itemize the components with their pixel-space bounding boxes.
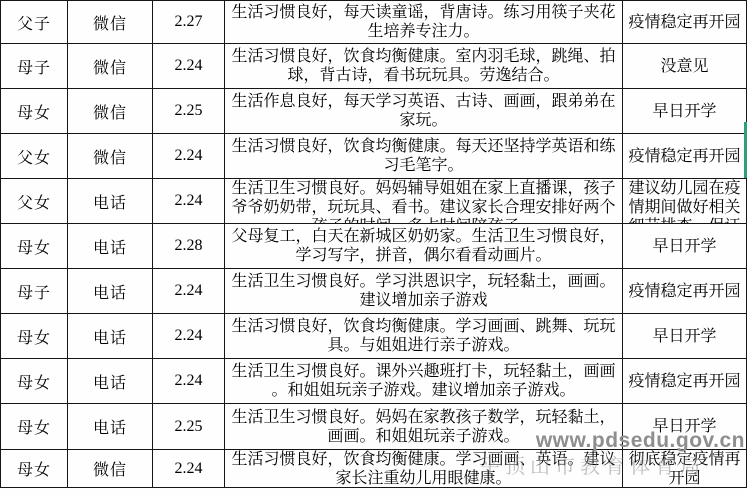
cell-opinion: 早日开学 [623,314,747,359]
cell-opinion: 早日开学 [623,404,747,450]
cell-relation: 母子 [1,269,68,314]
parent-contact-table: 父子 微信 2.27 生活习惯良好，每天读童谣，背唐诗。练习用筷子夹花生培养专注… [0,0,747,488]
cell-date: 2.24 [153,314,225,359]
cell-opinion: 疫情稳定再开园 [623,134,747,179]
cell-description: 生活习惯良好，饮食均衡健康。学习画画、跳舞、玩玩具。与姐姐进行亲子游戏。 [225,314,623,359]
cell-date: 2.25 [153,404,225,450]
cell-description: 生活卫生习惯良好。课外兴趣班打卡，玩轻黏土，画画。和姐姐玩亲子游戏。建议增加亲子… [225,359,623,404]
cell-description: 生活习惯良好，饮食均衡健康。室内羽毛球，跳绳、拍球，背古诗，看书玩玩具。劳逸结合… [225,44,623,89]
cell-contact-method: 电话 [68,269,153,314]
cell-date: 2.28 [153,224,225,269]
cell-description: 生活卫生习惯良好。学习洪恩识字，玩轻黏土，画画。建议增加亲子游戏 [225,269,623,314]
cell-contact-method: 电话 [68,314,153,359]
cell-opinion: 彻底稳定疫情再开园 [623,450,747,488]
cell-date: 2.24 [153,44,225,89]
cell-relation: 父子 [1,1,68,44]
cell-date: 2.27 [153,1,225,44]
cell-contact-method: 微信 [68,44,153,89]
cell-description: 生活习惯良好，每天读童谣，背唐诗。练习用筷子夹花生培养专注力。 [225,1,623,44]
cell-date: 2.24 [153,359,225,404]
cell-date: 2.24 [153,269,225,314]
cell-relation: 母女 [1,450,68,488]
cell-description: 生活作息良好，每天学习英语、古诗、画画，跟弟弟在家玩。 [225,89,623,134]
cell-description: 生活习惯良好，饮食均衡健康。每天还坚持学英语和练习毛笔字。 [225,134,623,179]
cell-date: 2.24 [153,450,225,488]
cell-relation: 父女 [1,134,68,179]
cell-description: 生活习惯良好，饮食均衡健康。学习画画、英语。建议家长注重幼儿用眼健康。 [225,450,623,488]
cell-relation: 母女 [1,89,68,134]
cell-opinion: 疫情稳定再开园 [623,1,747,44]
cell-date: 2.24 [153,134,225,179]
cell-contact-method: 电话 [68,404,153,450]
cell-contact-method: 电话 [68,359,153,404]
cell-opinion: 建议幼儿园在疫情期间做好相关细节排查，保证 [623,179,747,224]
document-page: 父子 微信 2.27 生活习惯良好，每天读童谣，背唐诗。练习用筷子夹花生培养专注… [0,0,747,495]
cell-description: 生活卫生习惯良好。妈妈辅导姐姐在家上直播课，孩子爷爷奶奶带，玩玩具、看书。建议家… [225,179,623,224]
cell-opinion: 疫情稳定再开园 [623,269,747,314]
cell-contact-method: 微信 [68,450,153,488]
cell-opinion: 没意见 [623,44,747,89]
cell-relation: 母子 [1,44,68,89]
cell-contact-method: 微信 [68,134,153,179]
cell-opinion: 早日开学 [623,224,747,269]
cell-relation: 母女 [1,224,68,269]
cell-contact-method: 微信 [68,1,153,44]
cell-relation: 母女 [1,359,68,404]
cell-opinion: 早日开学 [623,89,747,134]
cell-relation: 母女 [1,314,68,359]
cell-contact-method: 电话 [68,224,153,269]
cell-opinion: 疫情稳定再开园 [623,359,747,404]
cell-relation: 母女 [1,404,68,450]
cell-contact-method: 电话 [68,179,153,224]
cell-description: 父母复工，白天在新城区奶奶家。生活卫生习惯良好，学习写字，拼音，偶尔看看动画片。 [225,224,623,269]
cell-date: 2.24 [153,179,225,224]
cell-description: 生活卫生习惯良好。妈妈在家教孩子数学，玩轻黏土，画画。和姐姐玩亲子游戏。 [225,404,623,450]
cell-date: 2.25 [153,89,225,134]
cell-contact-method: 微信 [68,89,153,134]
cell-relation: 父女 [1,179,68,224]
